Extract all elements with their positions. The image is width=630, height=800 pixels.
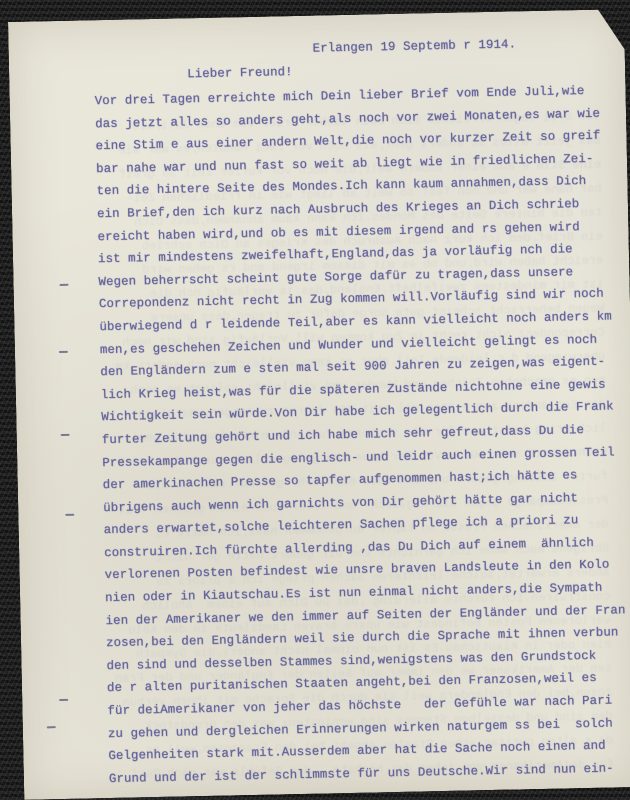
letter-page: Vor drei Tagen erreichte mich Dein liebe… <box>8 9 630 800</box>
letter-body: Vor drei Tagen erreichte mich Dein liebe… <box>94 79 630 790</box>
margin-dash-mark <box>65 514 74 516</box>
letter-salutation: Lieber Freund! <box>187 65 293 81</box>
scan-background: { "colors":{ "background":"#121212", "pa… <box>0 0 630 800</box>
margin-dash-mark <box>59 284 68 286</box>
margin-dash-mark <box>47 726 56 728</box>
margin-dash-mark <box>59 351 68 353</box>
letter-dateline: Erlangen 19 Septemb r 1914. <box>312 37 516 55</box>
letter-content: Vor drei Tagen erreichte mich Dein liebe… <box>8 9 630 800</box>
margin-dash-mark <box>61 434 70 436</box>
margin-dash-mark <box>59 699 68 701</box>
